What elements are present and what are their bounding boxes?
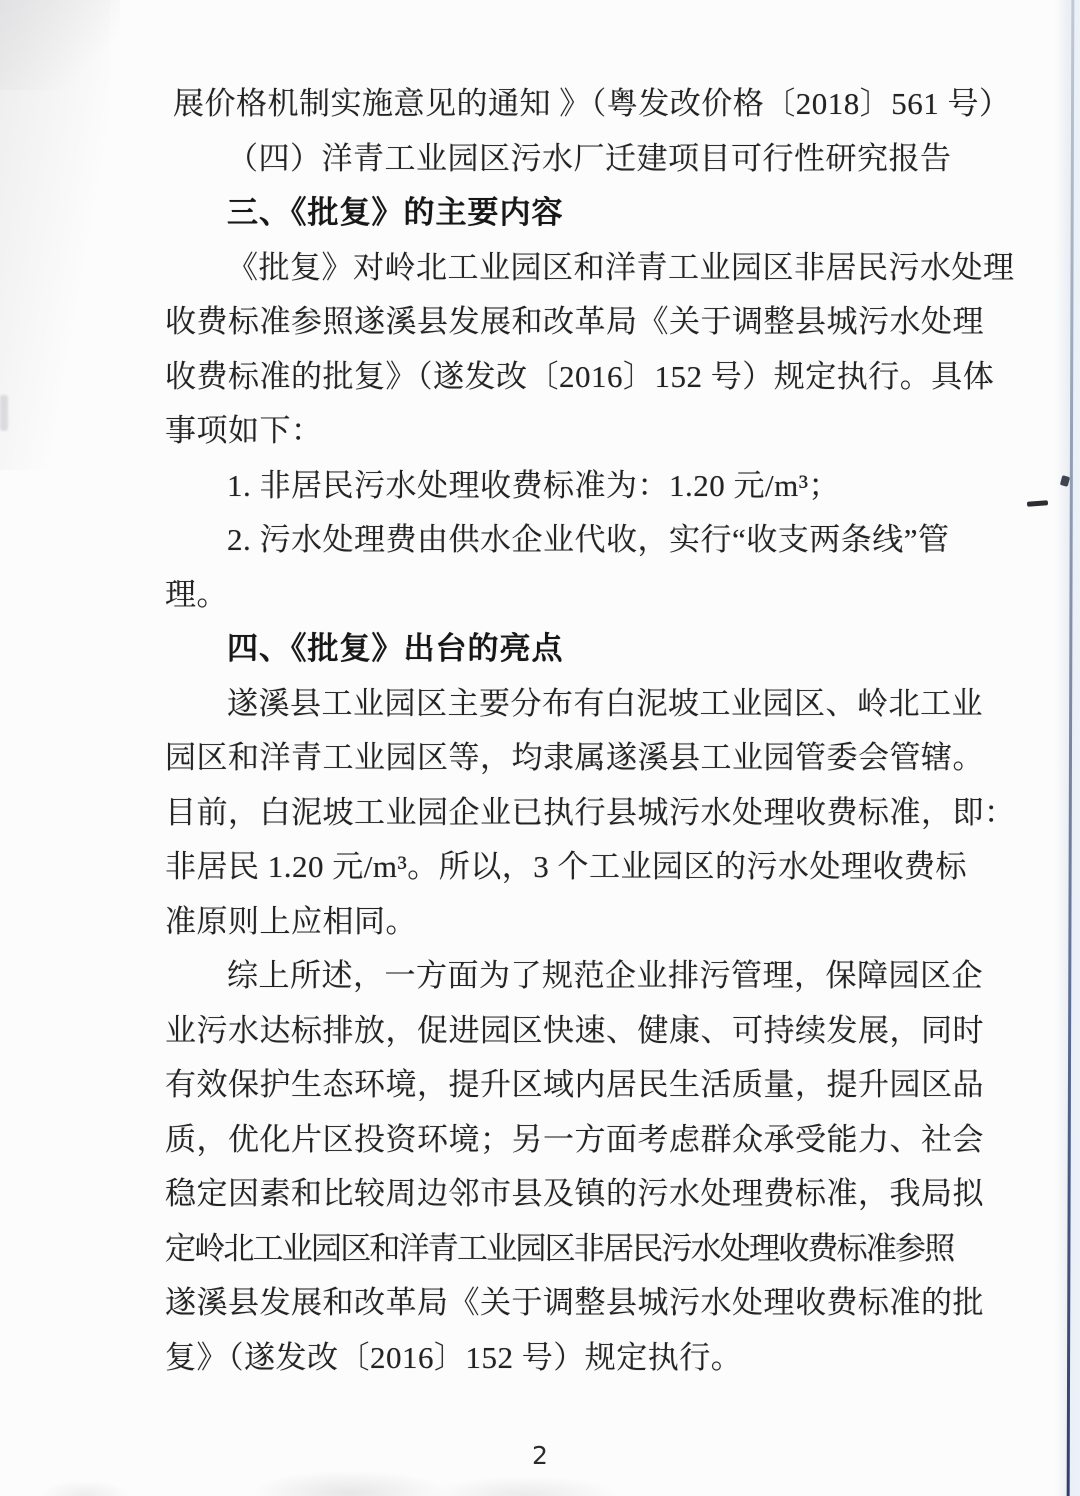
scan-shadow-top-left	[0, 0, 110, 470]
document-line: 遂溪县工业园区主要分布有白泥坡工业园区、岭北工业	[165, 677, 995, 732]
document-line-list-item: （四）洋青工业园区污水厂迁建项目可行性研究报告	[165, 132, 995, 187]
section-heading-3: 三、《批复》的主要内容	[165, 186, 995, 241]
document-line: 收费标准参照遂溪县发展和改革局《关于调整县城污水处理	[165, 295, 995, 350]
scan-shadow-corner	[0, 0, 120, 90]
document-line: 理。	[165, 568, 995, 623]
document-line: 事项如下：	[165, 404, 995, 459]
document-line: 收费标准的批复》（遂发改〔2016〕152 号）规定执行。具体	[165, 350, 995, 405]
document-line: 非居民 1.20 元/m³。所以，3 个工业园区的污水处理收费标	[165, 840, 995, 895]
scan-smudge-left-edge	[0, 395, 8, 431]
page-number: 2	[0, 1441, 1080, 1470]
document-line: 遂溪县发展和改革局《关于调整县城污水处理收费标准的批	[165, 1276, 995, 1331]
document-line: 准原则上应相同。	[165, 895, 995, 950]
document-line: 稳定因素和比较周边邻市县及镇的污水处理费标准，我局拟	[165, 1167, 995, 1222]
document-line: 有效保护生态环境，提升区域内居民生活质量，提升园区品	[165, 1058, 995, 1113]
document-line: 复》（遂发改〔2016〕152 号）规定执行。	[165, 1331, 995, 1386]
section-heading-4: 四、《批复》出台的亮点	[165, 622, 995, 677]
document-line: 综上所述，一方面为了规范企业排污管理，保障园区企	[165, 949, 995, 1004]
document-line-numbered-1: 1. 非居民污水处理收费标准为：1.20 元/m³；	[165, 459, 995, 514]
document-line: 园区和洋青工业园区等，均隶属遂溪县工业园管委会管辖。	[165, 731, 995, 786]
scan-smudge-bottom-2	[430, 1476, 620, 1496]
document-line-continuation: 展价格机制实施意见的通知 》（粤发改价格〔2018〕561 号）	[165, 77, 995, 132]
document-line: 定岭北工业园区和洋青工业园区非居民污水处理收费标准参照	[165, 1222, 995, 1277]
document-line-numbered-2: 2. 污水处理费由供水企业代收，实行“收支两条线”管	[165, 513, 995, 568]
document-line: 业污水达标排放，促进园区快速、健康、可持续发展，同时	[165, 1004, 995, 1059]
scan-smudge-bottom-1	[250, 1470, 450, 1496]
scanned-document-page: 展价格机制实施意见的通知 》（粤发改价格〔2018〕561 号） （四）洋青工业…	[0, 0, 1080, 1496]
document-line: 质，优化片区投资环境；另一方面考虑群众承受能力、社会	[165, 1113, 995, 1168]
document-line: 目前，白泥坡工业园企业已执行县城污水处理收费标准，即：	[165, 786, 995, 841]
scan-smudge-bottom-3	[40, 1480, 130, 1496]
scan-mark-dash	[1027, 500, 1048, 506]
document-line: 《批复》对岭北工业园区和洋青工业园区非居民污水处理	[165, 241, 995, 296]
document-body: 展价格机制实施意见的通知 》（粤发改价格〔2018〕561 号） （四）洋青工业…	[165, 77, 995, 1385]
